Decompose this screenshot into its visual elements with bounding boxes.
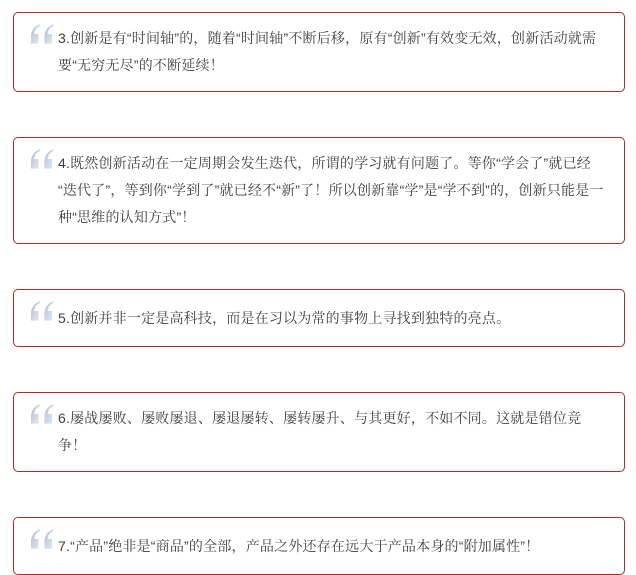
quote-card: 4.既然创新活动在一定周期会发生迭代，所谓的学习就有问题了。等你“学会了”就已经… <box>13 137 625 244</box>
quote-left-icon <box>29 403 55 425</box>
quote-card: 3.创新是有“时间轴”的，随着“时间轴”不断后移，原有“创新”有效变无效，创新活… <box>13 12 625 92</box>
quote-text: 5.创新并非一定是高科技，而是在习以为常的事物上寻找到独特的亮点。 <box>58 305 510 332</box>
quote-left-icon <box>29 23 55 45</box>
quote-left-icon <box>29 528 55 550</box>
quote-text: 4.既然创新活动在一定周期会发生迭代，所谓的学习就有问题了。等你“学会了”就已经… <box>58 150 604 231</box>
quote-card: 5.创新并非一定是高科技，而是在习以为常的事物上寻找到独特的亮点。 <box>13 289 625 347</box>
quote-left-icon <box>29 300 55 322</box>
quote-left-icon <box>29 148 55 170</box>
quote-card: 6.屡战屡败、屡败屡退、屡退屡转、屡转屡升、与其更好，不如不同。这就是错位竞争！ <box>13 392 625 472</box>
quote-text: 6.屡战屡败、屡败屡退、屡退屡转、屡转屡升、与其更好，不如不同。这就是错位竞争！ <box>58 405 604 459</box>
quote-card: 7.“产品”绝非是“商品”的全部，产品之外还存在远大于产品本身的“附加属性”！ <box>13 517 625 575</box>
quote-text: 7.“产品”绝非是“商品”的全部，产品之外还存在远大于产品本身的“附加属性”！ <box>58 533 539 560</box>
quote-text: 3.创新是有“时间轴”的，随着“时间轴”不断后移，原有“创新”有效变无效，创新活… <box>58 25 604 79</box>
article-body: 3.创新是有“时间轴”的，随着“时间轴”不断后移，原有“创新”有效变无效，创新活… <box>0 0 636 575</box>
